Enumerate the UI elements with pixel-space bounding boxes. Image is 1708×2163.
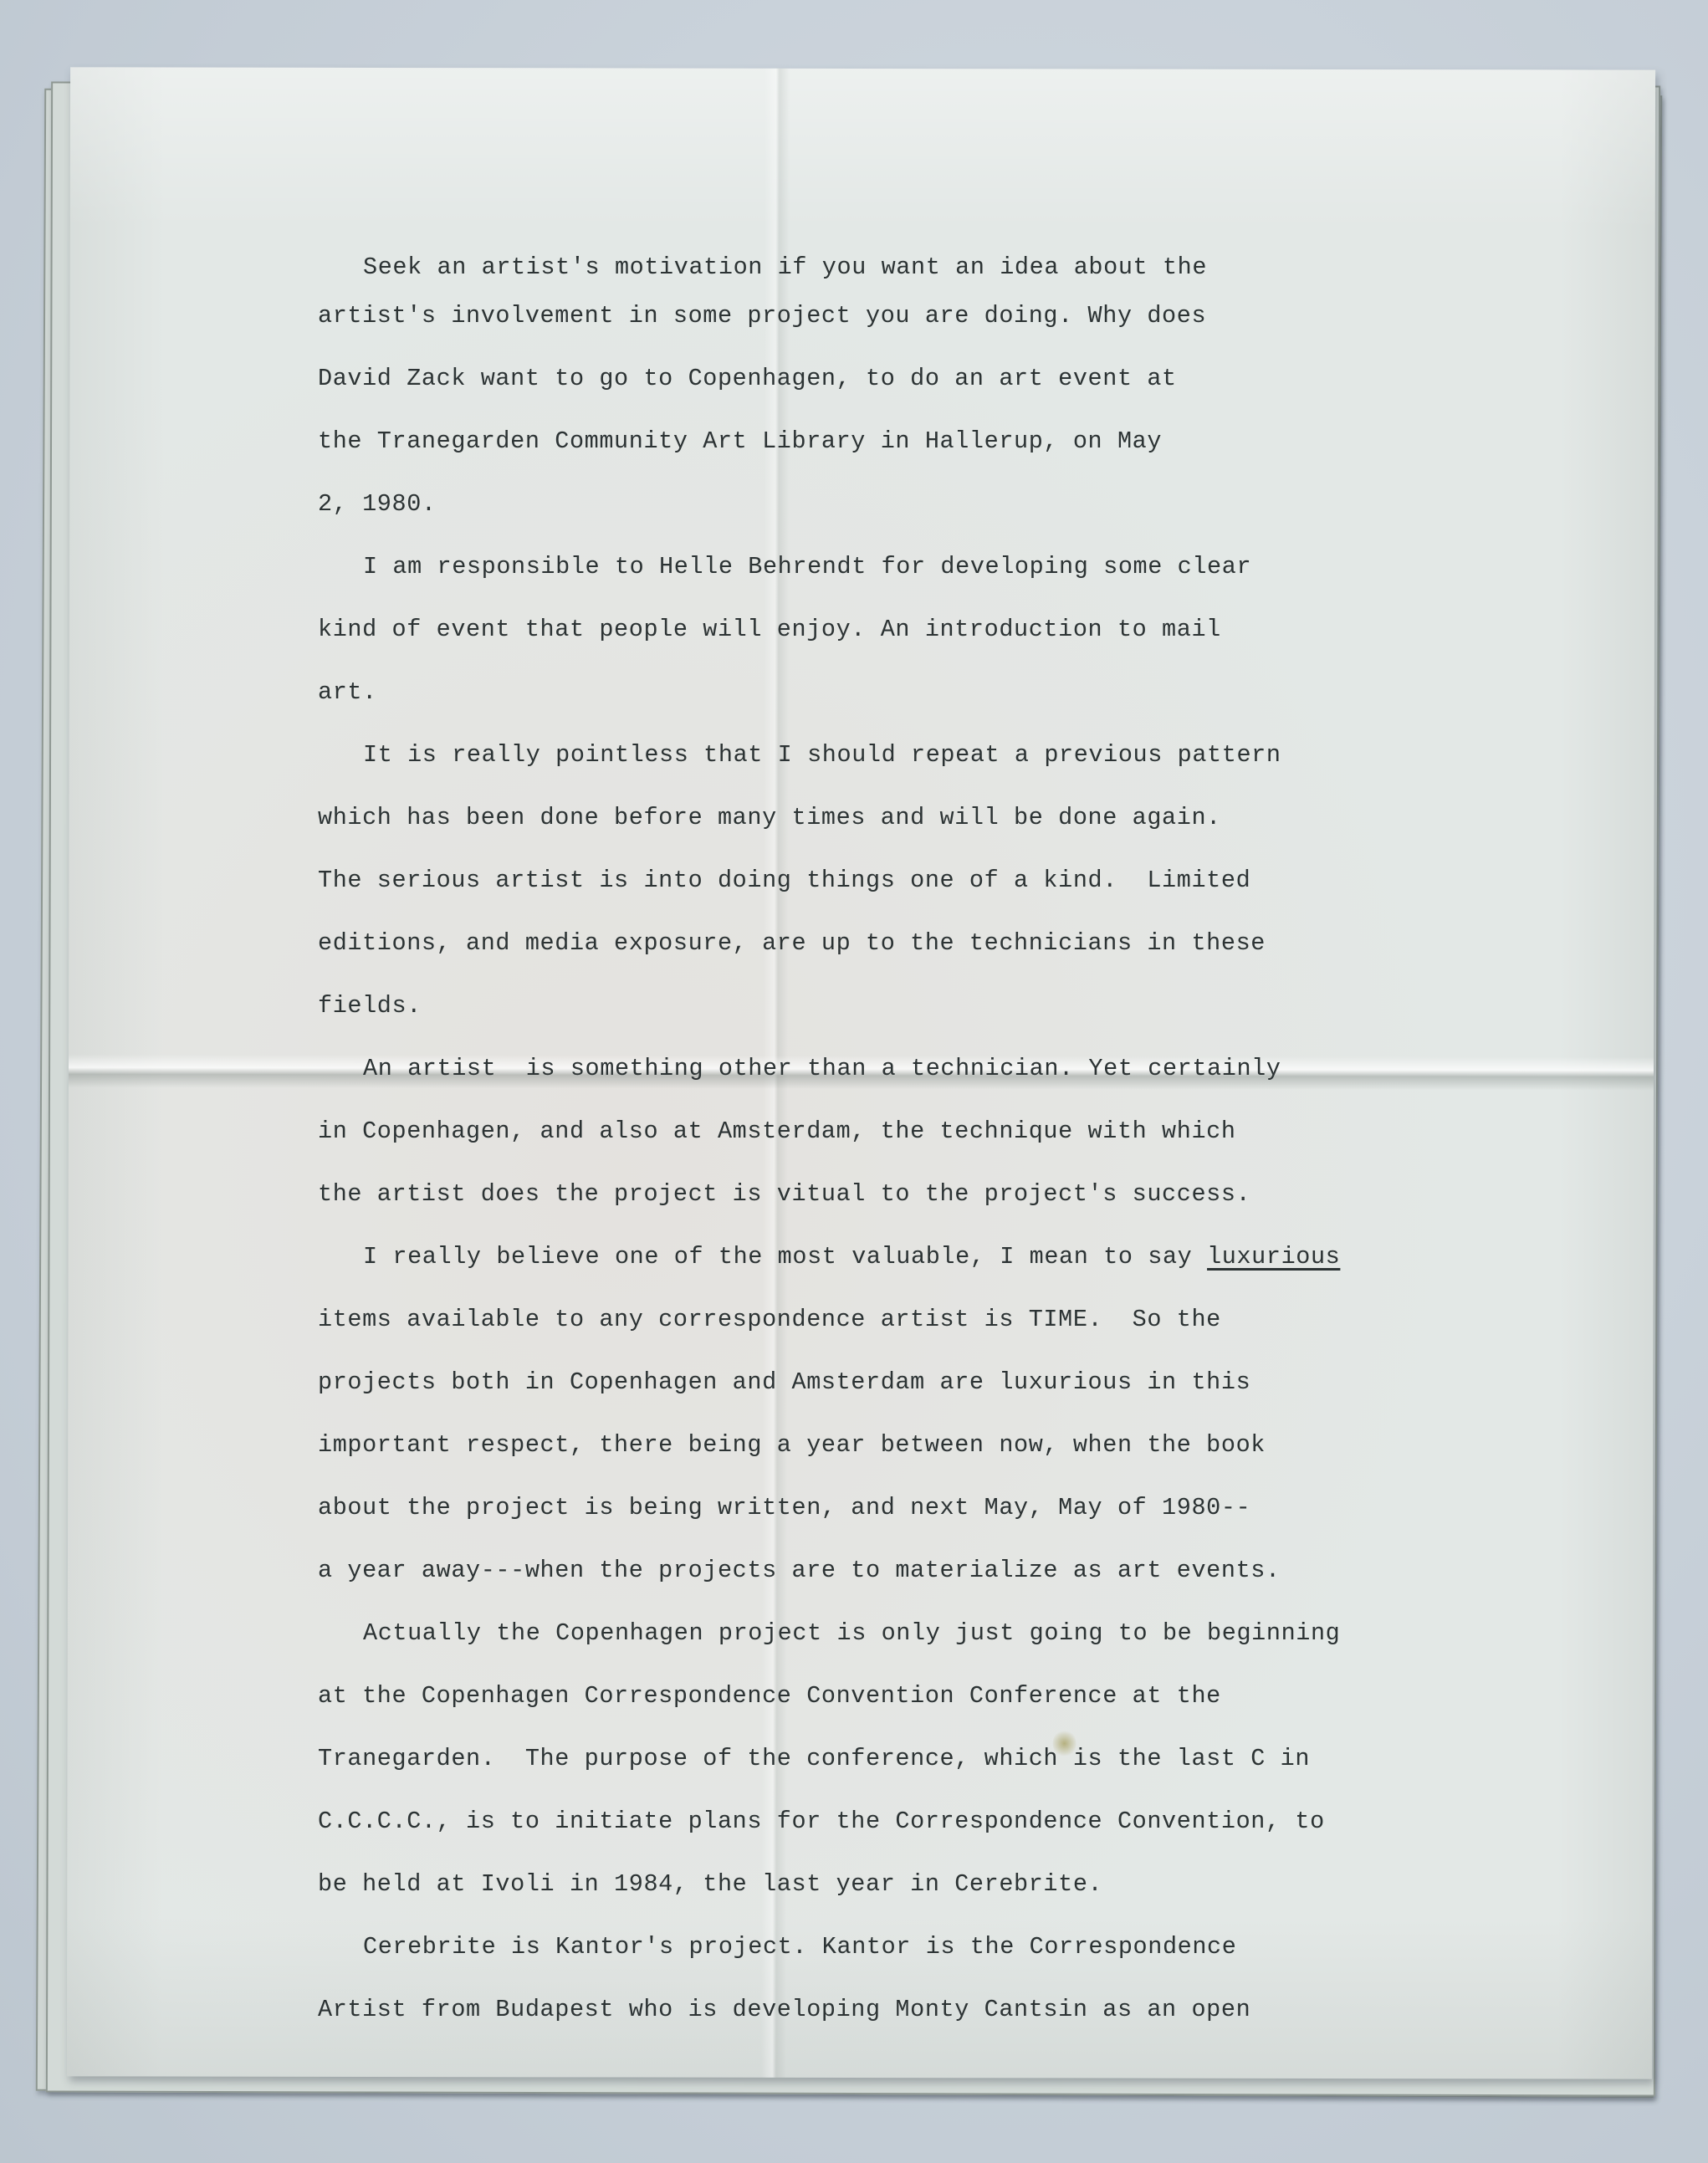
text-line: It is really pointless that I should rep… xyxy=(318,724,1506,786)
text-line: in Copenhagen, and also at Amsterdam, th… xyxy=(318,1100,1506,1163)
text-line: 2, 1980. xyxy=(318,473,1506,535)
text-line: The serious artist is into doing things … xyxy=(318,849,1506,912)
text-line: Cerebrite is Kantor's project. Kantor is… xyxy=(318,1915,1506,1978)
text-line: a year away---when the projects are to m… xyxy=(318,1539,1506,1602)
text-line: art. xyxy=(318,661,1506,724)
text-line: An artist is something other than a tech… xyxy=(318,1037,1506,1100)
letter-body: Seek an artist's motivation if you want … xyxy=(318,251,1506,2041)
text-line: the artist does the project is vitual to… xyxy=(318,1163,1506,1225)
text-line: Artist from Budapest who is developing M… xyxy=(318,1978,1506,2041)
paragraph: Seek an artist's motivation if you want … xyxy=(318,251,1506,535)
text-line: I really believe one of the most valuabl… xyxy=(318,1225,1506,1288)
paragraph: An artist is something other than a tech… xyxy=(318,1037,1506,1225)
text-line: be held at Ivoli in 1984, the last year … xyxy=(318,1853,1506,1915)
text-line: C.C.C.C., is to initiate plans for the C… xyxy=(318,1790,1506,1853)
paragraph: I really believe one of the most valuabl… xyxy=(318,1225,1506,1602)
text-line: kind of event that people will enjoy. An… xyxy=(318,598,1506,661)
text-line: at the Copenhagen Correspondence Convent… xyxy=(318,1664,1506,1727)
underlined-word: luxurious xyxy=(1207,1243,1340,1271)
text-line: Actually the Copenhagen project is only … xyxy=(318,1602,1506,1664)
paragraph: I am responsible to Helle Behrendt for d… xyxy=(318,535,1506,724)
text-line: Seek an artist's motivation if you want … xyxy=(318,251,1506,284)
paragraph: It is really pointless that I should rep… xyxy=(318,724,1506,1037)
paragraph: Cerebrite is Kantor's project. Kantor is… xyxy=(318,1915,1506,2041)
text-line: the Tranegarden Community Art Library in… xyxy=(318,410,1506,473)
text-line: important respect, there being a year be… xyxy=(318,1414,1506,1476)
paragraph: Actually the Copenhagen project is only … xyxy=(318,1602,1506,1915)
text-line: projects both in Copenhagen and Amsterda… xyxy=(318,1351,1506,1414)
text-line: items available to any correspondence ar… xyxy=(318,1288,1506,1351)
text-line: artist's involvement in some project you… xyxy=(318,284,1506,347)
text-line: editions, and media exposure, are up to … xyxy=(318,912,1506,974)
text-fragment: I really believe one of the most valuabl… xyxy=(363,1243,1207,1271)
text-line: fields. xyxy=(318,974,1506,1037)
text-line: I am responsible to Helle Behrendt for d… xyxy=(318,535,1506,598)
text-line: about the project is being written, and … xyxy=(318,1476,1506,1539)
text-line: David Zack want to go to Copenhagen, to … xyxy=(318,347,1506,410)
text-line: which has been done before many times an… xyxy=(318,786,1506,849)
text-line: Tranegarden. The purpose of the conferen… xyxy=(318,1727,1506,1790)
